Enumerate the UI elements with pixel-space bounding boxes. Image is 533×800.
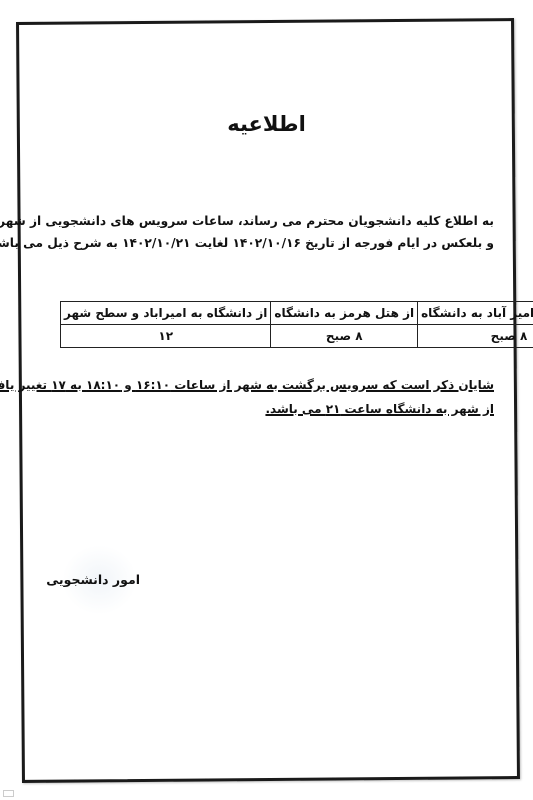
signature-department: امور دانشجویی (30, 572, 140, 587)
note-paragraph: شایان ذکر است که سرویس برگشت به شهر از س… (62, 373, 494, 421)
note-line: شایان ذکر است که سرویس برگشت به شهر از س… (0, 378, 494, 392)
scanner-watermark (3, 790, 14, 797)
schedule-table: از خوابگاه امیر آباد به دانشگاه از هتل ه… (60, 301, 533, 348)
table-cell: ۸ صبح (271, 325, 418, 348)
note-line: از شهر به دانشگاه ساعت ۲۱ می باشد. (265, 402, 494, 416)
intro-paragraph: به اطلاع کلیه دانشجویان محترم می رساند، … (62, 210, 494, 254)
header-cell-amirabad-dorm: از خوابگاه امیر آباد به دانشگاه (418, 302, 533, 325)
table-header-row: از خوابگاه امیر آباد به دانشگاه از هتل ه… (61, 302, 533, 325)
notice-title: اطلاعیه (0, 112, 533, 136)
table-cell: ۱۲ (61, 325, 271, 348)
header-cell-university-to-city: از دانشگاه به امیراباد و سطح شهر (61, 302, 271, 325)
scanner-logo-icon (3, 790, 14, 797)
intro-line: به اطلاع کلیه دانشجویان محترم می رساند، … (62, 210, 494, 232)
intro-line: و بلعکس در ایام فورجه از تاریخ ۱۴۰۲/۱۰/۱… (62, 232, 494, 254)
table-row: ۸ صبح ۸ صبح ۱۲ (61, 325, 533, 348)
table-cell: ۸ صبح (418, 325, 533, 348)
header-cell-hormoz-hotel: از هتل هرمز به دانشگاه (271, 302, 418, 325)
